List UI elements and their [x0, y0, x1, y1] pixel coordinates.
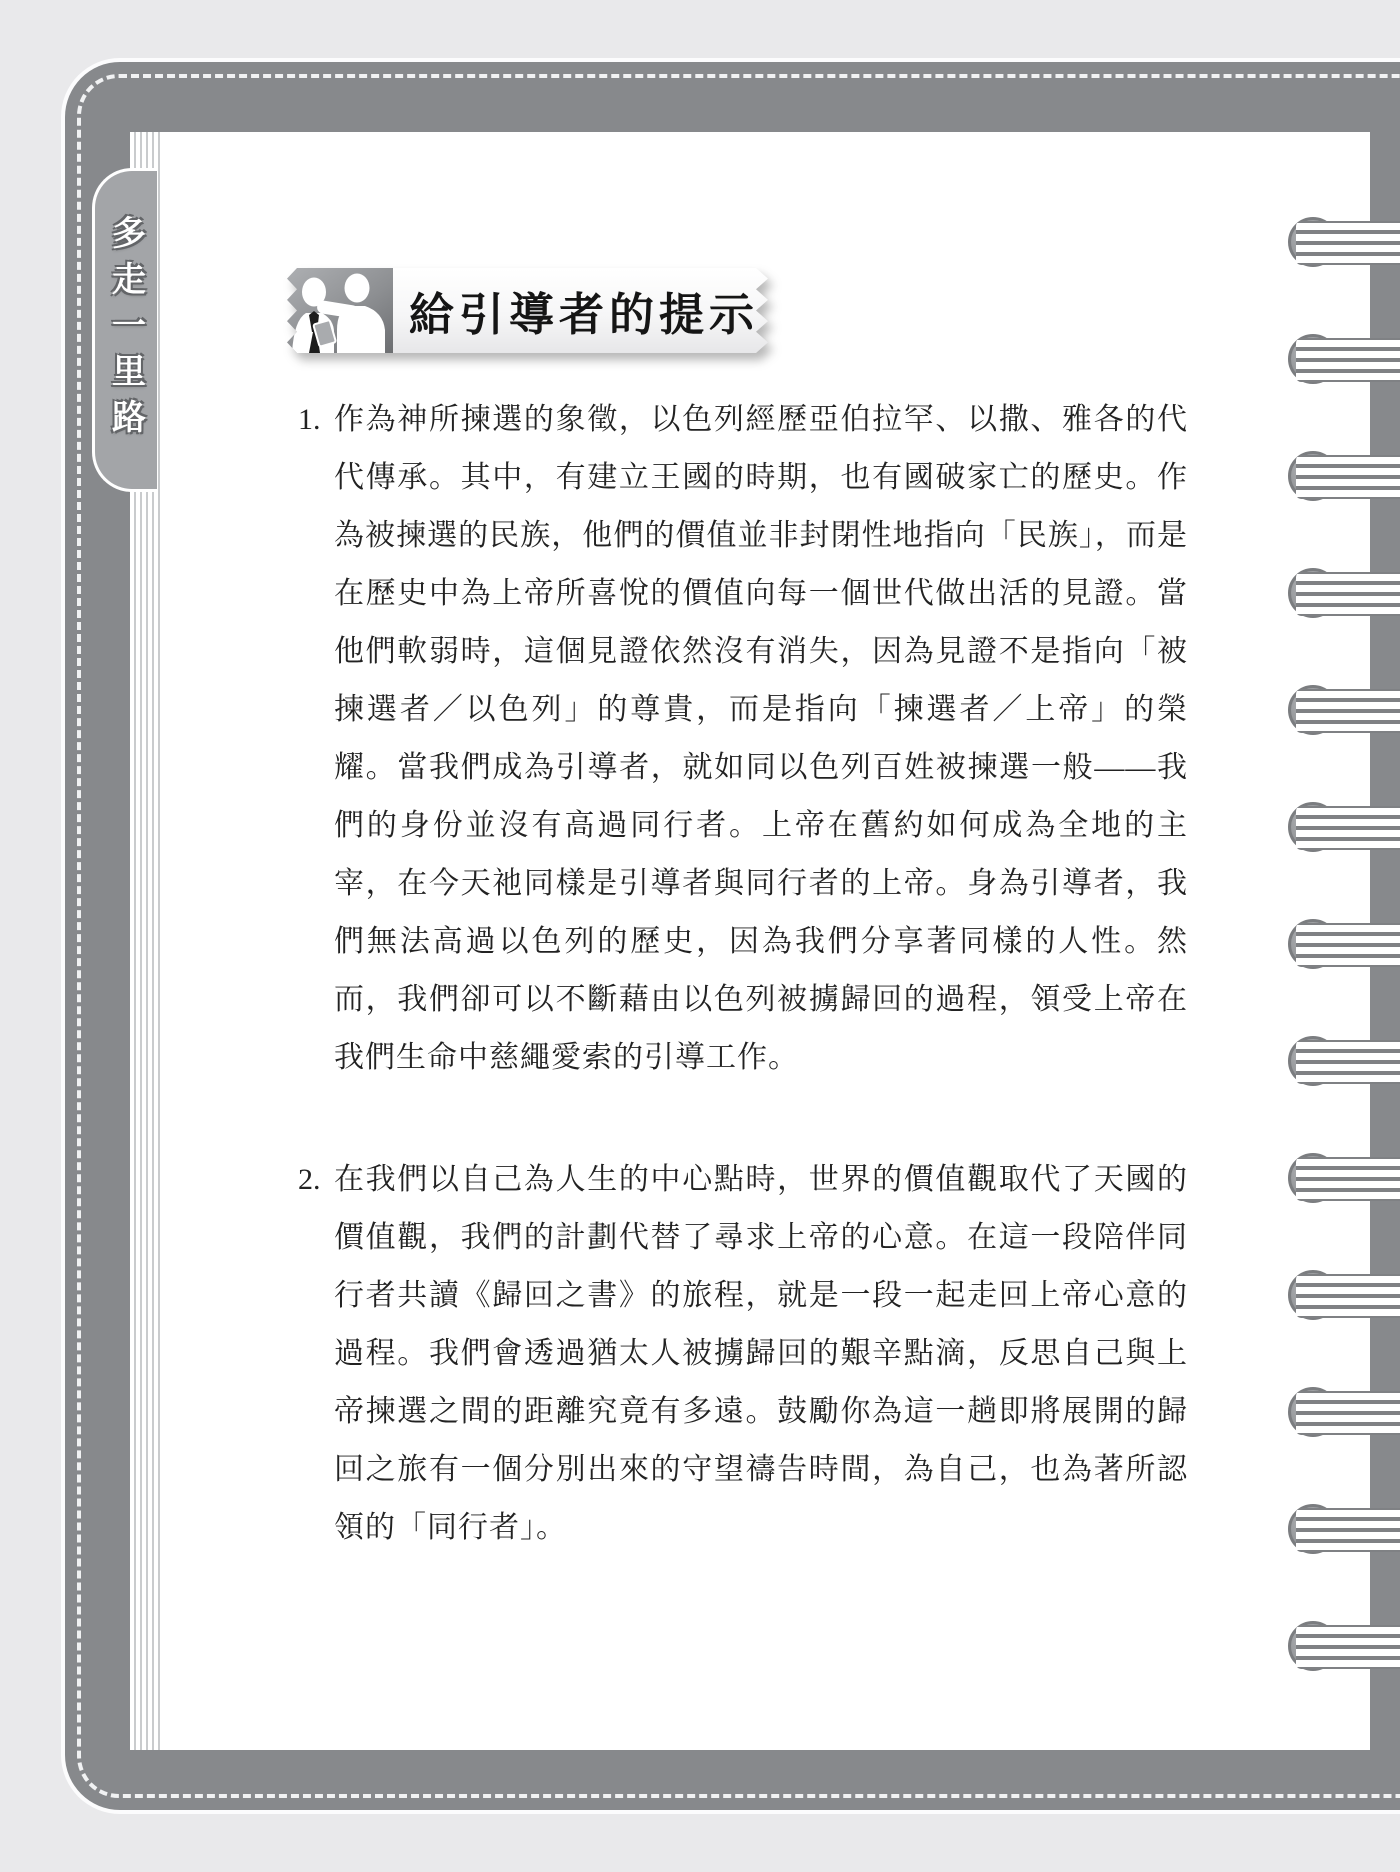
two-people-icon [287, 268, 393, 353]
section-header-ribbon: 給引導者的提示 [393, 268, 768, 353]
item-number: 1. [298, 391, 334, 449]
item-number: 2. [298, 1151, 334, 1209]
notebook-page: 多走一里路 給引導者的提示 1. 作為神所揀選的象徵，以色列經歷亞伯拉 [0, 0, 1400, 1872]
two-people-icon-art [287, 268, 393, 353]
side-tab-label: 多走一里路 [102, 215, 151, 445]
side-tab: 多走一里路 [92, 168, 157, 492]
section-title: 給引導者的提示 [393, 278, 759, 343]
item-text: 在我們以自己為人生的中心點時，世界的價值觀取代了天國的價值觀，我們的計劃代替了尋… [334, 1151, 1188, 1557]
numbered-item: 2. 在我們以自己為人生的中心點時，世界的價值觀取代了天國的價值觀，我們的計劃代… [298, 1151, 1188, 1557]
numbered-item: 1. 作為神所揀選的象徵，以色列經歷亞伯拉罕、以撒、雅各的代代傳承。其中，有建立… [298, 391, 1188, 1087]
body-text: 1. 作為神所揀選的象徵，以色列經歷亞伯拉罕、以撒、雅各的代代傳承。其中，有建立… [298, 391, 1188, 1557]
section-header-banner: 給引導者的提示 [287, 268, 768, 353]
item-text: 作為神所揀選的象徵，以色列經歷亞伯拉罕、以撒、雅各的代代傳承。其中，有建立王國的… [334, 391, 1188, 1087]
